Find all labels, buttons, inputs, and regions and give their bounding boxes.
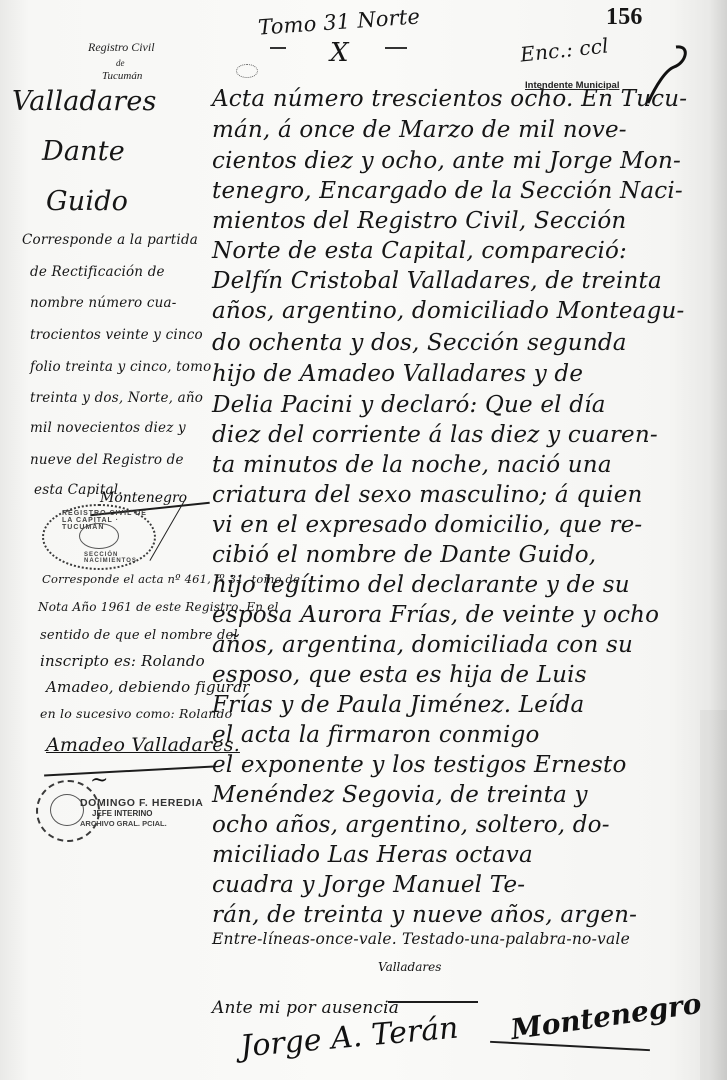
- body-line: el exponente y los testigos Ernesto: [212, 752, 627, 778]
- small-seal-icon: [236, 64, 258, 78]
- body-line: criatura del sexo masculino; á quien: [212, 482, 643, 508]
- body-line: esposo, que esta es hija de Luis: [212, 662, 587, 688]
- margin-annotation-line: mil novecientos diez y: [30, 420, 186, 436]
- body-line: mientos del Registro Civil, Sección: [212, 208, 626, 234]
- body-line: el acta la firmaron conmigo: [212, 722, 540, 748]
- body-line: do ochenta y dos, Sección segunda: [212, 330, 627, 356]
- margin-annotation-line: Corresponde a la partida: [22, 232, 198, 248]
- registry-de: de: [116, 58, 125, 68]
- rectification-note-line: inscripto es: Rolando: [40, 652, 205, 670]
- body-line: hijo legítimo del declarante y de su: [212, 572, 630, 598]
- stamp-official-name: DOMINGO F. HEREDIA: [80, 797, 203, 809]
- ante-mi-label: Ante mi por ausencia: [212, 998, 399, 1018]
- body-line: cibió el nombre de Dante Guido,: [212, 542, 596, 568]
- body-line: cuadra y Jorge Manuel Te-: [212, 872, 525, 898]
- page-number: 156: [606, 4, 643, 31]
- margin-annotation-line: trocientos veinte y cinco: [30, 327, 203, 343]
- margin-annotation-line: de Rectificación de: [30, 264, 165, 280]
- body-line: esposa Aurora Frías, de veinte y ocho: [212, 602, 659, 628]
- registry-city: Tucumán: [102, 70, 142, 82]
- heredia-signature: ~: [90, 768, 108, 793]
- body-line: Delfín Cristobal Valladares, de treinta: [212, 268, 662, 294]
- body-line: ta minutos de la noche, nació una: [212, 452, 612, 478]
- body-line: Menéndez Segovia, de treinta y: [212, 782, 588, 808]
- registrar-signature: Montenegro: [509, 987, 704, 1046]
- margin-signature: Montenegro: [100, 490, 187, 506]
- body-line: miciliado Las Heras octava: [212, 842, 533, 868]
- stamp-office: ARCHIVO GRAL. PCIAL.: [80, 819, 167, 828]
- page-shadow-patch: [700, 710, 727, 1080]
- body-line: Frías y de Paula Jiménez. Leída: [212, 692, 584, 718]
- margin-annotation-line: folio treinta y cinco, tomo: [30, 359, 211, 375]
- stamp-official-title: JEFE INTERINO: [92, 809, 152, 818]
- body-line: tenegro, Encargado de la Sección Naci-: [212, 178, 683, 204]
- stamp-outer-text: REGISTRO CIVIL DE LA CAPITAL · TUCUMÁN: [62, 510, 154, 531]
- witness-signature: Jorge A. Terán: [239, 1011, 460, 1065]
- margin-first-name: Dante: [42, 136, 125, 167]
- body-line: vi en el expresado domicilio, que re-: [212, 512, 642, 538]
- body-line: Norte de esta Capital, compareció:: [212, 238, 627, 264]
- body-line: ocho años, argentino, soltero, do-: [212, 812, 610, 838]
- registry-title: Registro Civil: [88, 40, 155, 55]
- tomo-mark: X: [330, 38, 349, 68]
- tomo-label: Tomo 31 Norte: [257, 4, 420, 39]
- rectification-note-line: Amadeo Valladares.: [46, 734, 240, 756]
- body-line: años, argentina, domiciliada con su: [212, 632, 633, 658]
- body-line: hijo de Amadeo Valladares y de: [212, 361, 583, 387]
- body-line: rán, de treinta y nueve años, argen-: [212, 902, 637, 928]
- small-signature: Valladares: [378, 960, 441, 974]
- stamp-inner-text: SECCIÓN NACIMIENTOS: [84, 552, 154, 564]
- body-line: mán, á once de Marzo de mil nove-: [212, 117, 627, 143]
- body-line: diez del corriente á las diez y cuaren-: [212, 422, 658, 448]
- divider: [270, 47, 286, 49]
- margin-annotation-line: nombre número cua-: [30, 295, 177, 311]
- body-line: Delia Pacini y declaró: Que el día: [212, 392, 606, 418]
- margin-annotation-line: nueve del Registro de: [30, 452, 184, 468]
- rectification-note-line: sentido de que el nombre del: [40, 628, 238, 643]
- signature-underline: [44, 766, 214, 776]
- divider: [385, 47, 407, 49]
- registry-seal-stamp: REGISTRO CIVIL DE LA CAPITAL · TUCUMÁN S…: [42, 504, 156, 570]
- seal-emblem-icon: [50, 794, 84, 826]
- corner-note: Enc.: ccl: [519, 33, 610, 66]
- entrelineas-note: Entre-líneas-once-vale. Testado-una-pala…: [212, 930, 630, 948]
- margin-middle-name: Guido: [46, 186, 128, 217]
- signature-underline: [388, 1001, 478, 1003]
- body-line: cientos diez y ocho, ante mi Jorge Mon-: [212, 148, 681, 174]
- body-line: años, argentino, domiciliado Monteagu-: [212, 298, 685, 324]
- rectification-note-line: en lo sucesivo como: Rolando: [40, 706, 232, 721]
- document-page: Tomo 31 Norte X 156 Enc.: ccl Registro C…: [0, 0, 727, 1080]
- margin-annotation-line: treinta y dos, Norte, año: [30, 390, 203, 406]
- body-line: Acta número trescientos ocho. En Tucu-: [212, 86, 687, 112]
- margin-surname: Valladares: [12, 86, 157, 117]
